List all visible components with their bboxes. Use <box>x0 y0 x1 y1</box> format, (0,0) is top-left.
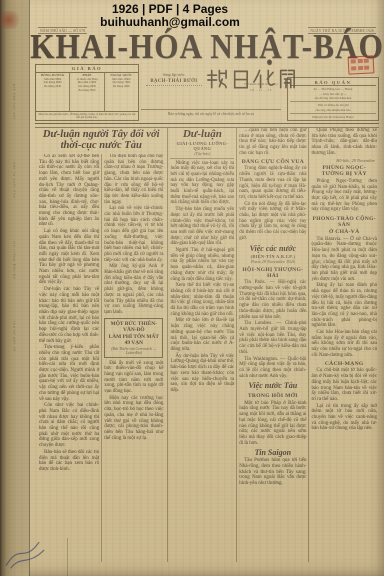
edge-text-fragment: tin riêng Bắc-kỳ <box>13 241 17 280</box>
hubei-dateline: Hồ-bắc, 29 Novembre <box>311 158 375 163</box>
body-paragraph: Lại nói về việc tài-chính: các nhà buôn … <box>104 206 163 263</box>
section-heading-viec-cac-nuoc: Việc các nước <box>239 245 306 254</box>
body-paragraph: Tây-báo bàn rằng muốn yên được xứ ấy thì… <box>170 207 234 247</box>
newspaper-page: NĂM THỨ SÁU — SỐ 578 NGÀY THỨ BA 30 NOVE… <box>29 0 384 576</box>
section-heading-phong-trao-line2: Ở CHÀ-VÀ <box>311 229 377 235</box>
body-paragraph: Có ai xem xét sự-thế bên Tàu độ này thì … <box>39 154 99 228</box>
wire-service-kicker: (ĐIỆN-TÍN A.R.I.P.) <box>239 254 306 259</box>
body-paragraph: Hiện nay các trường học lớn nhỏ trong hạ… <box>104 396 163 442</box>
section-heading-tin-saigon: Tin Saigon <box>239 449 306 458</box>
section-heading-cach-mang: CÁCH-MẠNG <box>311 361 377 367</box>
price-table-title: GIÁ BÁO <box>36 65 138 73</box>
body-paragraph: Lại có tin trong ấy sắp mở thêm một tờ b… <box>311 404 377 433</box>
censor-text: (Số kiểm-duyệt số ra này) <box>239 82 283 86</box>
section-heading-viec-nuoc-tau: Việc nước Tàu <box>239 382 306 391</box>
body-paragraph: Phùng Ngọc-Tường đem quân về giữ Nam-khẩ… <box>311 179 377 213</box>
edge-text-fragment: giá bán các nơi <box>13 84 17 120</box>
overlay-email: buihuuhanh@gmail.com <box>0 16 340 29</box>
column-du-luan: Dư-luận GIẢI-LƯƠNG LƯỠNG-QUẢNG (Tây-báo)… <box>167 128 236 562</box>
censor-date: 18 - 11 - 75 <box>239 88 283 92</box>
office-address-line: cho ông chủ-nhiệm nhà báo <box>290 108 376 114</box>
office-address-line: xin đề ông chủ-bút Khai-hóa <box>290 96 376 102</box>
body-paragraph: Có tin nói đảng ấy đã liên-lạc với mấy v… <box>239 202 306 242</box>
header-center: Sáng lập viên: BẠCH-THÁI BƯỞI <box>139 64 287 121</box>
featured-article-columns: Có ai xem xét sự-thế bên Tàu độ này thì … <box>37 154 165 562</box>
article-columns: Dư-luận người Tây đối với thời-cục nước … <box>35 128 379 562</box>
founder-name: BẠCH-THÁI BƯỞI <box>146 79 202 86</box>
edge-text-fragment: nhà in xuất bản <box>13 162 17 198</box>
founder-block: Sáng lập viên: BẠCH-THÁI BƯỞI <box>146 73 202 86</box>
price-column-france: PHÁP và thuộc-địa PhápMột năm 12$00Sáu t… <box>70 73 104 111</box>
red-library-stamp-icon <box>348 55 375 74</box>
section-heading-phung-ngoc-tuong: PHÙNG NGỌC-TƯỜNG BỊ VÂY <box>311 165 377 178</box>
featured-headline: Dư-luận người Tây đối với thời-cục nước … <box>37 129 165 151</box>
body-paragraph: Một tờ báo Pháp ở Bắc-kinh luận rằng nướ… <box>239 401 306 447</box>
body-paragraph: Tin Paris. — Hội-nghị các cường-quốc bàn… <box>239 280 306 320</box>
publication-schedule-note: Báo ra hằng ngày, trừ các ngày lễ và chủ… <box>141 109 281 116</box>
office-address-line: Điện-tín xin đề: Khai-hóa Hanoi <box>290 115 376 119</box>
price-row: Ba tháng 3$50 <box>71 89 102 93</box>
price-table-note: Mua báo xin giả tiền trước. Ở Đông-dương… <box>36 111 138 120</box>
boxed-item-title-line2: LÀM PHÍ TỔN MẤT 49 VẠN <box>107 334 160 346</box>
price-table-columns: ĐÔNG-DƯƠNG Một năm 9$00Sáu tháng 4$60Ba … <box>36 73 138 111</box>
body-paragraph: Một tờ báo lớn ở Ba-lê lại luận rằng việ… <box>170 318 234 352</box>
edge-text-fragment: thư từ gửi về <box>13 321 17 352</box>
section-heading-phong-trao-line1: PHONG-TRÀO CỘNG-SẢN <box>311 216 377 229</box>
body-paragraph: Ấy dư-luận bên Tây về việc Lưỡng-Quảng đ… <box>170 354 234 394</box>
column-five: Quân Phụng theo đường xe lửa kéo tràn xu… <box>308 128 379 562</box>
body-paragraph: Tin Washington. — Quốc-hội Mỹ cũng sắp đ… <box>239 357 306 380</box>
subheading-trong-hoi-moi: TRONG HỒI MỚI <box>239 393 306 399</box>
body-paragraph: Tin Londres. — Chính-phủ Anh tuyên-bố gi… <box>239 321 306 355</box>
body-paragraph: Một ông ký-giả Anh ở Hán-khẩu gửi thư về… <box>104 264 163 315</box>
price-row: Ba tháng 2$30 <box>37 85 68 89</box>
body-paragraph: Những việc tao-loạn xảy ra luôn mấy độ n… <box>170 161 234 207</box>
du-luan-source: (Tây-báo) <box>170 151 234 159</box>
scan-overlay-caption: 1926 | PDF | 4 Pages buihuuhanh@gmail.co… <box>0 3 340 29</box>
featured-article: Dư-luận người Tây đối với thời-cục nước … <box>35 128 167 562</box>
body-paragraph: Các báo Hòa-lan bàn rằng cái mầm loạn ấy… <box>311 330 377 359</box>
paris-dateline: Paris 29 Novembre 1926 <box>239 259 306 264</box>
scan-edge-strip: giá bán các nơinhà in xuất bảntin riêng … <box>0 0 29 576</box>
body-paragraph: Cụ chủ-bút một tờ báo quốc-âm ở Nam-kỳ v… <box>311 368 377 402</box>
boxed-item-kicker: (Đài Thiên-văn Greenwich — Luân-đôn) <box>107 347 160 355</box>
body-paragraph: Quân Phụng theo đường xe lửa kéo tràn xu… <box>311 128 377 157</box>
body-paragraph: Trong đám nghịch-đảng ấy có nhiều người … <box>239 166 306 200</box>
featured-headline-line1: Dư-luận người Tây đối với <box>37 129 165 140</box>
body-paragraph: Tựu-trung ý-kiến phần nhiều cho rằng nướ… <box>39 345 99 402</box>
section-heading-dang-cuu: ĐẢNG CỰU CÔN VUA <box>239 159 306 165</box>
newspaper-scan-page: giá bán các nơinhà in xuất bảntin riêng … <box>0 0 384 576</box>
subscription-price-table: GIÁ BÁO ĐÔNG-DƯƠNG Một năm 9$00Sáu tháng… <box>35 64 139 121</box>
founder-label: Sáng lập viên: <box>146 73 202 77</box>
body-paragraph: Bản-báo sẽ theo dõi các tin điện mà thuậ… <box>39 450 99 473</box>
body-paragraph: Còn như việc hai chính-phủ Nam Bắc có đi… <box>39 403 99 449</box>
paper-crease-line <box>67 538 68 576</box>
price-row: Ba tháng 4$00 <box>106 85 137 89</box>
price-column-foreign: NGOẠI QUỐC Một năm 15$00Sáu tháng 7$80Ba… <box>105 73 138 111</box>
office-box-title: BÁO QUÁN <box>290 80 376 87</box>
body-paragraph: Dư-luận các báo Tây về việc này cũng mỗi… <box>39 287 99 344</box>
featured-headline-line2: thời-cục nước Tàu <box>37 140 165 151</box>
censor-note: (Số kiểm-duyệt số ra này) 18 - 11 - 75 <box>239 82 283 92</box>
column-four: …quân hai bên hiện còn giữ nhau ở mạn sô… <box>236 128 308 562</box>
body-paragraph: …quân hai bên hiện còn giữ nhau ở mạn sô… <box>239 128 306 157</box>
office-address-lines: 62 — Phố Hàng-Gai — Hanoi— Giấy má việc … <box>290 87 376 119</box>
body-paragraph: Người Tàu ở hải-ngoại gửi tiền về giúp c… <box>170 248 234 282</box>
price-column-indochina: ĐÔNG-DƯƠNG Một năm 9$00Sáu tháng 4$60Ba … <box>36 73 70 111</box>
body-paragraph: Tin điện hôm qua cho hay quân hai bên cò… <box>104 154 163 205</box>
masthead-title: KHAI-HÓA NHẬT-BÁO <box>23 30 384 65</box>
boxed-news-item: MỘT BỨC THIÊN-VĂN-ĐỒ LÀM PHÍ TỔN MẤT 49 … <box>104 318 163 358</box>
header-divider-rule <box>35 123 379 128</box>
du-luan-kicker: GIẢI-LƯƠNG LƯỠNG-QUẢNG <box>170 141 234 151</box>
du-luan-title: Dư-luận <box>170 128 234 140</box>
featured-subcolumn-right: Tin điện hôm qua cho hay quân hai bên cò… <box>101 154 165 562</box>
featured-subcolumn-left: Có ai xem xét sự-thế bên Tàu độ này thì … <box>37 154 101 562</box>
boxed-item-title-line1: MỘT BỨC THIÊN-VĂN-ĐỒ <box>107 321 160 333</box>
body-paragraph: Lại có ông khác nói rằng quân Nam kéo đế… <box>39 229 99 286</box>
body-paragraph: Đài ấy mới vẽ xong một bức thiên-văn-đồ … <box>104 361 163 395</box>
body-paragraph: Xem thế thì biết việc trị-an không cốt ở… <box>170 283 234 317</box>
body-paragraph: Tàu Porthos hôm qua tới bến Nhà-rồng, đe… <box>239 458 306 487</box>
header-row: GIÁ BÁO ĐÔNG-DƯƠNG Một năm 9$00Sáu tháng… <box>35 64 379 121</box>
subheading-hoi-nghi: HỘI-NGHỊ THƯỢNG-HẢI <box>239 267 306 280</box>
body-paragraph: Đảng ấy lại toan đánh phá nhà ngục để th… <box>311 283 377 329</box>
body-paragraph: Tin Batavia. — Ở xứ Chà-và (quần-đảo Nam… <box>311 237 377 283</box>
pen-scribble-mark <box>1 533 54 576</box>
office-address-box: BÁO QUÁN 62 — Phố Hàng-Gai — Hanoi— Giấy… <box>287 77 379 121</box>
